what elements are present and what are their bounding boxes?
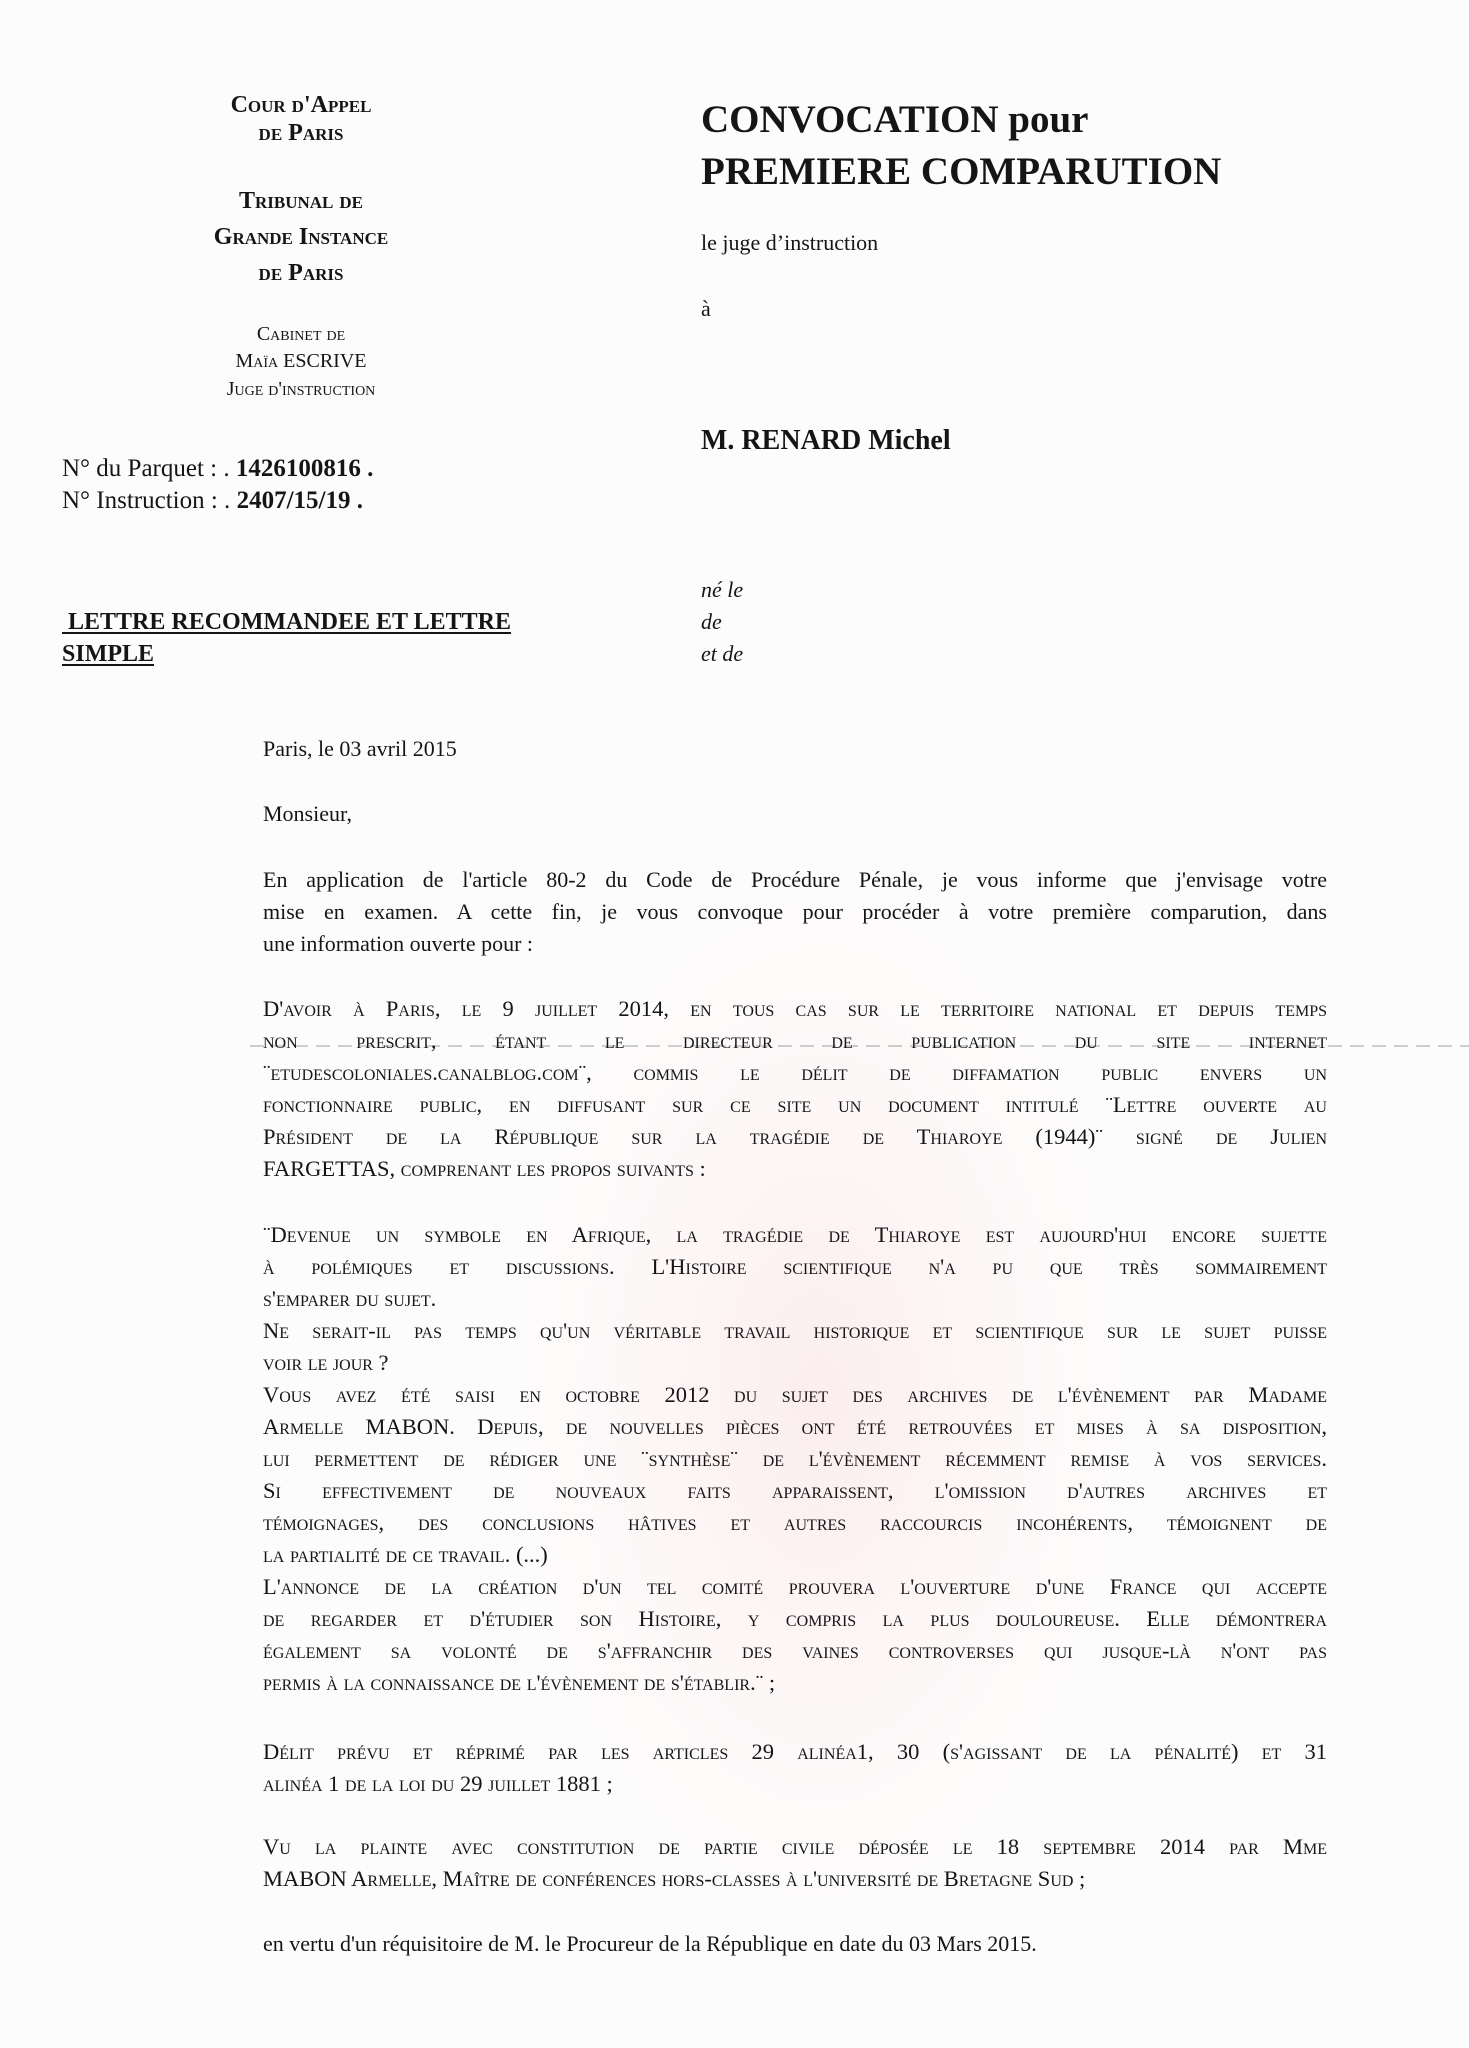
complaint-paragraph: Vu la plainte avec constitution de parti… (263, 1831, 1327, 1895)
text-line: fonctionnaire public, en diffusant sur c… (263, 1089, 1327, 1121)
born-on-label: né le (701, 574, 743, 606)
text-line: Président de la République sur la tragéd… (263, 1121, 1327, 1153)
requisition-paragraph: en vertu d'un réquisitoire de M. le Proc… (263, 1928, 1327, 1960)
text-line: une information ouverte pour : (263, 928, 1327, 960)
place-date: Paris, le 03 avril 2015 (263, 733, 1327, 765)
cabinet-line: Maïa ESCRIVE (150, 351, 452, 371)
tribunal-line: Tribunal de (150, 189, 452, 213)
delivery-line: LETTRE RECOMMANDEE ET LETTRE (62, 606, 511, 638)
text-line: lui permettent de rédiger une ¨synthèse¨… (263, 1443, 1327, 1475)
quoted-statements: ¨Devenue un symbole en Afrique, la tragé… (263, 1219, 1327, 1699)
delivery-line: SIMPLE (62, 638, 511, 670)
text-line: Vous avez été saisi en octobre 2012 du s… (263, 1379, 1327, 1411)
text-line: ¨Devenue un symbole en Afrique, la tragé… (263, 1219, 1327, 1251)
text-line: permis à la connaissance de l'évènement … (263, 1667, 1327, 1699)
text-line: D'avoir à Paris, le 9 juillet 2014, en t… (263, 993, 1327, 1025)
text-line: la partialité de ce travail. (...) (263, 1539, 1327, 1571)
title-line: PREMIERE COMPARUTION (701, 146, 1221, 198)
text-line: alinéa 1 de la loi du 29 juillet 1881 ; (263, 1768, 1327, 1800)
text-line: témoignages, des conclusions hâtives et … (263, 1507, 1327, 1539)
cabinet-line: Juge d'instruction (150, 379, 452, 399)
text-line: MABON Armelle, Maître de conférences hor… (263, 1863, 1327, 1895)
legal-basis-paragraph: Délit prévu et réprimé par les articles … (263, 1736, 1327, 1800)
charge-paragraph: D'avoir à Paris, le 9 juillet 2014, en t… (263, 993, 1327, 1185)
text-line: à polémiques et discussions. L'Histoire … (263, 1251, 1327, 1283)
recipient-name: M. RENARD Michel (701, 425, 951, 457)
parquet-reference: N° du Parquet : . 1426100816 . (62, 453, 373, 485)
parquet-number: 1426100816 . (230, 455, 374, 482)
instruction-reference: N° Instruction : . 2407/15/19 . (62, 485, 363, 517)
text-line: En application de l'article 80-2 du Code… (263, 864, 1327, 896)
text-line: ¨etudescoloniales.canalblog.com¨, commis… (263, 1057, 1327, 1089)
tribunal-line: Grande Instance (150, 225, 452, 249)
court-line: de Paris (150, 121, 452, 145)
text-line: également sa volonté de s'affranchir des… (263, 1635, 1327, 1667)
instruction-number: 2407/15/19 . (230, 487, 363, 514)
text-line: FARGETTAS, comprenant les propos suivant… (263, 1153, 1327, 1185)
cabinet-line: Cabinet de (150, 324, 452, 344)
delivery-method: LETTRE RECOMMANDEE ET LETTRE SIMPLE (62, 606, 511, 670)
salutation: Monsieur, (263, 798, 1327, 830)
text-line: voir le jour ? (263, 1347, 1327, 1379)
text-line: Armelle MABON. Depuis, de nouvelles pièc… (263, 1411, 1327, 1443)
document-title: CONVOCATION pour PREMIERE COMPARUTION (701, 94, 1221, 198)
text-line: Vu la plainte avec constitution de parti… (263, 1831, 1327, 1863)
intro-paragraph: En application de l'article 80-2 du Code… (263, 864, 1327, 960)
birth-info: né le de et de (701, 574, 743, 670)
court-line: Cour d'Appel (150, 93, 452, 117)
parquet-label: N° du Parquet : . (62, 455, 230, 482)
text-line: non prescrit, étant le directeur de publ… (263, 1025, 1327, 1057)
text-line: Ne serait-il pas temps qu'un véritable t… (263, 1315, 1327, 1347)
sender-label: le juge d’instruction (701, 230, 878, 256)
title-line: CONVOCATION pour (701, 94, 1221, 146)
text-line: mise en examen. A cette fin, je vous con… (263, 896, 1327, 928)
tribunal-line: de Paris (150, 261, 452, 285)
instruction-label: N° Instruction : . (62, 487, 230, 514)
text-line: de regarder et d'étudier son Histoire, y… (263, 1603, 1327, 1635)
text-line: Délit prévu et réprimé par les articles … (263, 1736, 1327, 1768)
mother-label: et de (701, 638, 743, 670)
text-line: s'emparer du sujet. (263, 1283, 1327, 1315)
to-label: à (701, 296, 711, 322)
text-line: Si effectivement de nouveaux faits appar… (263, 1475, 1327, 1507)
text-line: L'annonce de la création d'un tel comité… (263, 1571, 1327, 1603)
father-label: de (701, 606, 743, 638)
